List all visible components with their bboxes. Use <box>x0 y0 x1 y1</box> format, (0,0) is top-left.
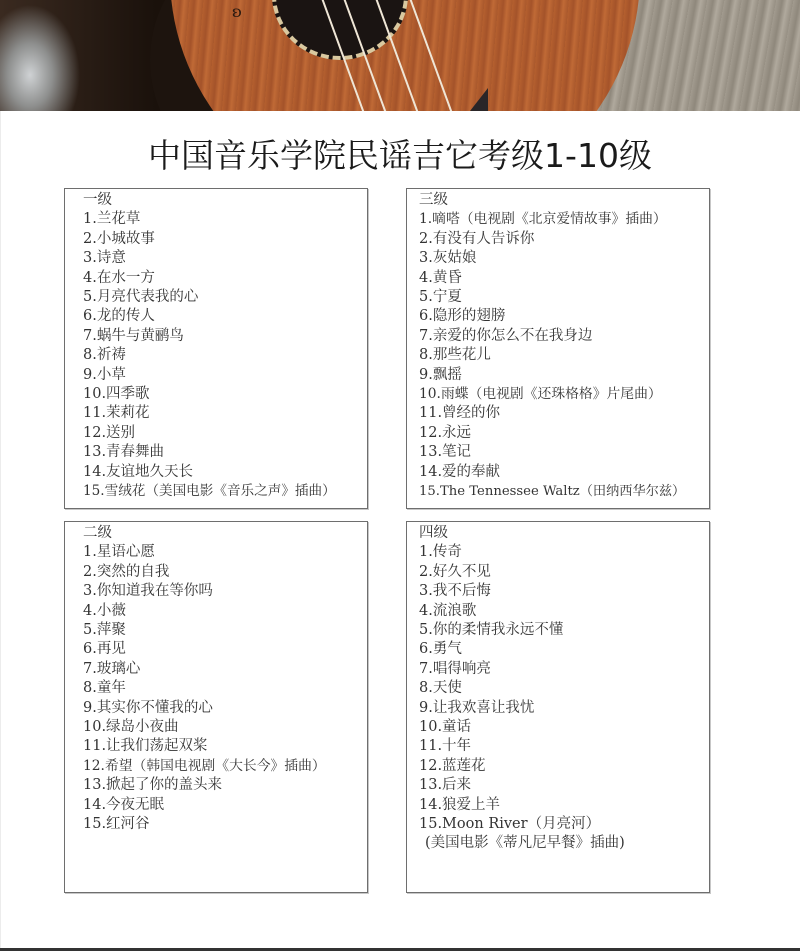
song-item: 6.勇气 <box>419 640 709 659</box>
song-item: 8.祈祷 <box>83 346 367 365</box>
song-item: 14.友谊地久天长 <box>83 463 367 482</box>
song-item: 5.你的柔情我永远不懂 <box>419 621 709 640</box>
level-heading: 四级 <box>419 524 709 543</box>
song-item: 7.亲爱的你怎么不在我身边 <box>419 327 709 346</box>
song-item: 6.龙的传人 <box>83 307 367 326</box>
song-item: 9.其实你不懂我的心 <box>83 699 367 718</box>
song-item: 5.月亮代表我的心 <box>83 288 367 307</box>
song-item: 13.笔记 <box>419 443 709 462</box>
song-list: 1.兰花草 2.小城故事 3.诗意 4.在水一方 5.月亮代表我的心 6.龙的传… <box>83 210 367 501</box>
song-item: 8.童年 <box>83 679 367 698</box>
song-item: 6.再见 <box>83 640 367 659</box>
song-item: 10.童话 <box>419 718 709 737</box>
song-item: 12.永远 <box>419 424 709 443</box>
song-item: 15.红河谷 <box>83 815 367 834</box>
song-item: 10.雨蝶（电视剧《还珠格格》片尾曲） <box>419 385 709 404</box>
song-item: 11.茉莉花 <box>83 404 367 423</box>
song-item: 14.今夜无眠 <box>83 796 367 815</box>
song-item: 13.青春舞曲 <box>83 443 367 462</box>
song-item: 9.让我欢喜让我忧 <box>419 699 709 718</box>
level-box-1: 一级 1.兰花草 2.小城故事 3.诗意 4.在水一方 5.月亮代表我的心 6.… <box>64 188 368 509</box>
level-box-3: 三级 1.嘀嗒（电视剧《北京爱情故事》插曲） 2.有没有人告诉你 3.灰姑娘 4… <box>406 188 710 509</box>
song-item: 10.绿岛小夜曲 <box>83 718 367 737</box>
level-heading: 二级 <box>83 524 367 543</box>
song-item: 8.天使 <box>419 679 709 698</box>
song-item: 8.那些花儿 <box>419 346 709 365</box>
song-item: 10.四季歌 <box>83 385 367 404</box>
song-item: 7.唱得响亮 <box>419 660 709 679</box>
page-title: 中国音乐学院民谣吉它考级1-10级 <box>0 130 800 177</box>
song-item: 7.玻璃心 <box>83 660 367 679</box>
song-list: 1.传奇 2.好久不见 3.我不后悔 4.流浪歌 5.你的柔情我永远不懂 6.勇… <box>419 543 709 854</box>
song-list: 1.嘀嗒（电视剧《北京爱情故事》插曲） 2.有没有人告诉你 3.灰姑娘 4.黄昏… <box>419 210 709 501</box>
song-item: 3.我不后悔 <box>419 582 709 601</box>
song-item: 2.有没有人告诉你 <box>419 230 709 249</box>
song-item: 7.蜗牛与黄鹂鸟 <box>83 327 367 346</box>
song-item: 15.雪绒花（美国电影《音乐之声》插曲） <box>83 482 367 501</box>
song-item: 1.传奇 <box>419 543 709 562</box>
song-item: 14.狼爱上羊 <box>419 796 709 815</box>
level-heading: 三级 <box>419 191 709 210</box>
song-item: 11.让我们荡起双桨 <box>83 737 367 756</box>
song-item: 4.黄昏 <box>419 269 709 288</box>
song-item: 5.宁夏 <box>419 288 709 307</box>
ukulele-logo-icon: ʚ <box>232 2 242 21</box>
page-edge <box>0 111 1 948</box>
song-item: 13.后来 <box>419 776 709 795</box>
song-item: 2.小城故事 <box>83 230 367 249</box>
level-box-2: 二级 1.星语心愿 2.突然的自我 3.你知道我在等你吗 4.小薇 5.萍聚 6… <box>64 521 368 893</box>
song-item: 13.掀起了你的盖头来 <box>83 776 367 795</box>
song-item-continuation: (美国电影《蒂凡尼早餐》插曲) <box>419 834 709 853</box>
song-item: 5.萍聚 <box>83 621 367 640</box>
hero-photo: ʚ <box>0 0 800 111</box>
song-list: 1.星语心愿 2.突然的自我 3.你知道我在等你吗 4.小薇 5.萍聚 6.再见… <box>83 543 367 834</box>
song-item: 3.灰姑娘 <box>419 249 709 268</box>
song-item: 4.流浪歌 <box>419 602 709 621</box>
song-item: 6.隐形的翅膀 <box>419 307 709 326</box>
song-item: 15.Moon River（月亮河） <box>419 815 709 834</box>
song-item: 11.十年 <box>419 737 709 756</box>
song-note: (美国电影《蒂凡尼早餐》插曲) <box>419 834 709 853</box>
level-heading: 一级 <box>83 191 367 210</box>
song-item: 9.小草 <box>83 366 367 385</box>
song-item: 12.蓝莲花 <box>419 757 709 776</box>
song-item: 1.星语心愿 <box>83 543 367 562</box>
song-item: 3.你知道我在等你吗 <box>83 582 367 601</box>
song-item: 12.送别 <box>83 424 367 443</box>
song-item: 3.诗意 <box>83 249 367 268</box>
song-item: 1.嘀嗒（电视剧《北京爱情故事》插曲） <box>419 210 709 229</box>
ukulele-bridge-shadow <box>470 88 488 111</box>
song-item: 12.希望（韩国电视剧《大长今》插曲） <box>83 757 367 776</box>
song-item: 11.曾经的你 <box>419 404 709 423</box>
level-box-4: 四级 1.传奇 2.好久不见 3.我不后悔 4.流浪歌 5.你的柔情我永远不懂 … <box>406 521 710 893</box>
song-item: 2.好久不见 <box>419 563 709 582</box>
song-item: 14.爱的奉献 <box>419 463 709 482</box>
song-item: 4.在水一方 <box>83 269 367 288</box>
song-item: 9.飘摇 <box>419 366 709 385</box>
song-item: 2.突然的自我 <box>83 563 367 582</box>
song-item: 4.小薇 <box>83 602 367 621</box>
song-item: 15.The Tennessee Waltz（田纳西华尔兹） <box>419 482 709 501</box>
song-item: 1.兰花草 <box>83 210 367 229</box>
